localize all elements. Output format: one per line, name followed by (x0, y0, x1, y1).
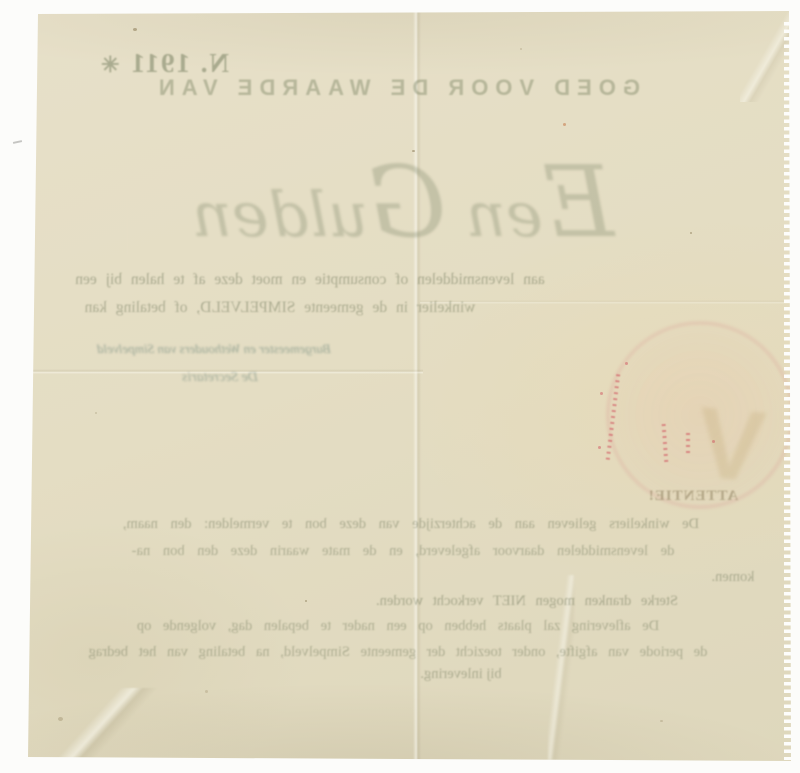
scan-background: N. 1911✳ GOED VOOR DE WAARDE VAN Een Gul… (0, 0, 800, 773)
clause-line-1: aan levensmiddelen of consumptie en moet… (60, 271, 560, 289)
clause-line-2: winkelier in de gemeente SIMPELVELD, of … (80, 299, 480, 317)
voucher-paper-back: N. 1911✳ GOED VOOR DE WAARDE VAN Een Gul… (0, 0, 800, 773)
denomination-cap-e: E (543, 146, 615, 260)
paper-speck (305, 600, 307, 602)
margin-speck (13, 140, 22, 144)
liquor-notice-line: Sterke dranken mogen NIET verkocht worde… (308, 593, 746, 610)
signature-line-2: De Secretaris (140, 370, 300, 386)
red-stamp-dot (600, 392, 603, 395)
attention-title: ATTENTIE! (634, 488, 752, 505)
denomination-cap-g: G (368, 146, 446, 260)
denomination-rest-ulden: ulden (192, 178, 368, 251)
red-stamp-dot (712, 440, 715, 443)
paper-speck (133, 28, 137, 31)
attention-para1-line2: de levensmiddelen daarvoor afgeleverd, e… (44, 543, 762, 560)
paper-speck (95, 412, 97, 414)
denomination-script: Een Gulden (178, 146, 628, 272)
paper-speck (520, 48, 522, 50)
attention-para2-line3: bij inlevering. (405, 666, 517, 683)
paper-speck (205, 690, 208, 693)
perforated-edge (784, 22, 793, 760)
red-stamp-dot (625, 362, 628, 365)
paper-speck (690, 232, 692, 234)
attention-para2-line2: de periode van afgifte, onder toezicht d… (36, 644, 760, 661)
denomination-rest-en: en (446, 178, 542, 251)
value-header: GOED VOOR DE WAARDE VAN (172, 75, 640, 101)
red-stamp-dot (598, 446, 601, 449)
red-stamp-marks (686, 433, 690, 455)
signature-line-1: Burgemeester en Wethouders van Simpelvel… (68, 341, 360, 357)
paper-speck (563, 123, 566, 126)
rosette-icon: ✳ (99, 52, 119, 77)
attention-para1-line3: komen. (702, 569, 764, 586)
attention-para1-line1: De winkeliers gelieven aan de achterzijd… (58, 516, 764, 533)
attention-para2-line1: De aflevering zal plaats hebben op een n… (48, 618, 748, 635)
paper-speck (660, 720, 663, 722)
paper-speck (58, 717, 63, 721)
serial-number-text: N. 1911 (129, 48, 229, 78)
crease-diagonal-bottom-left (16, 688, 186, 762)
